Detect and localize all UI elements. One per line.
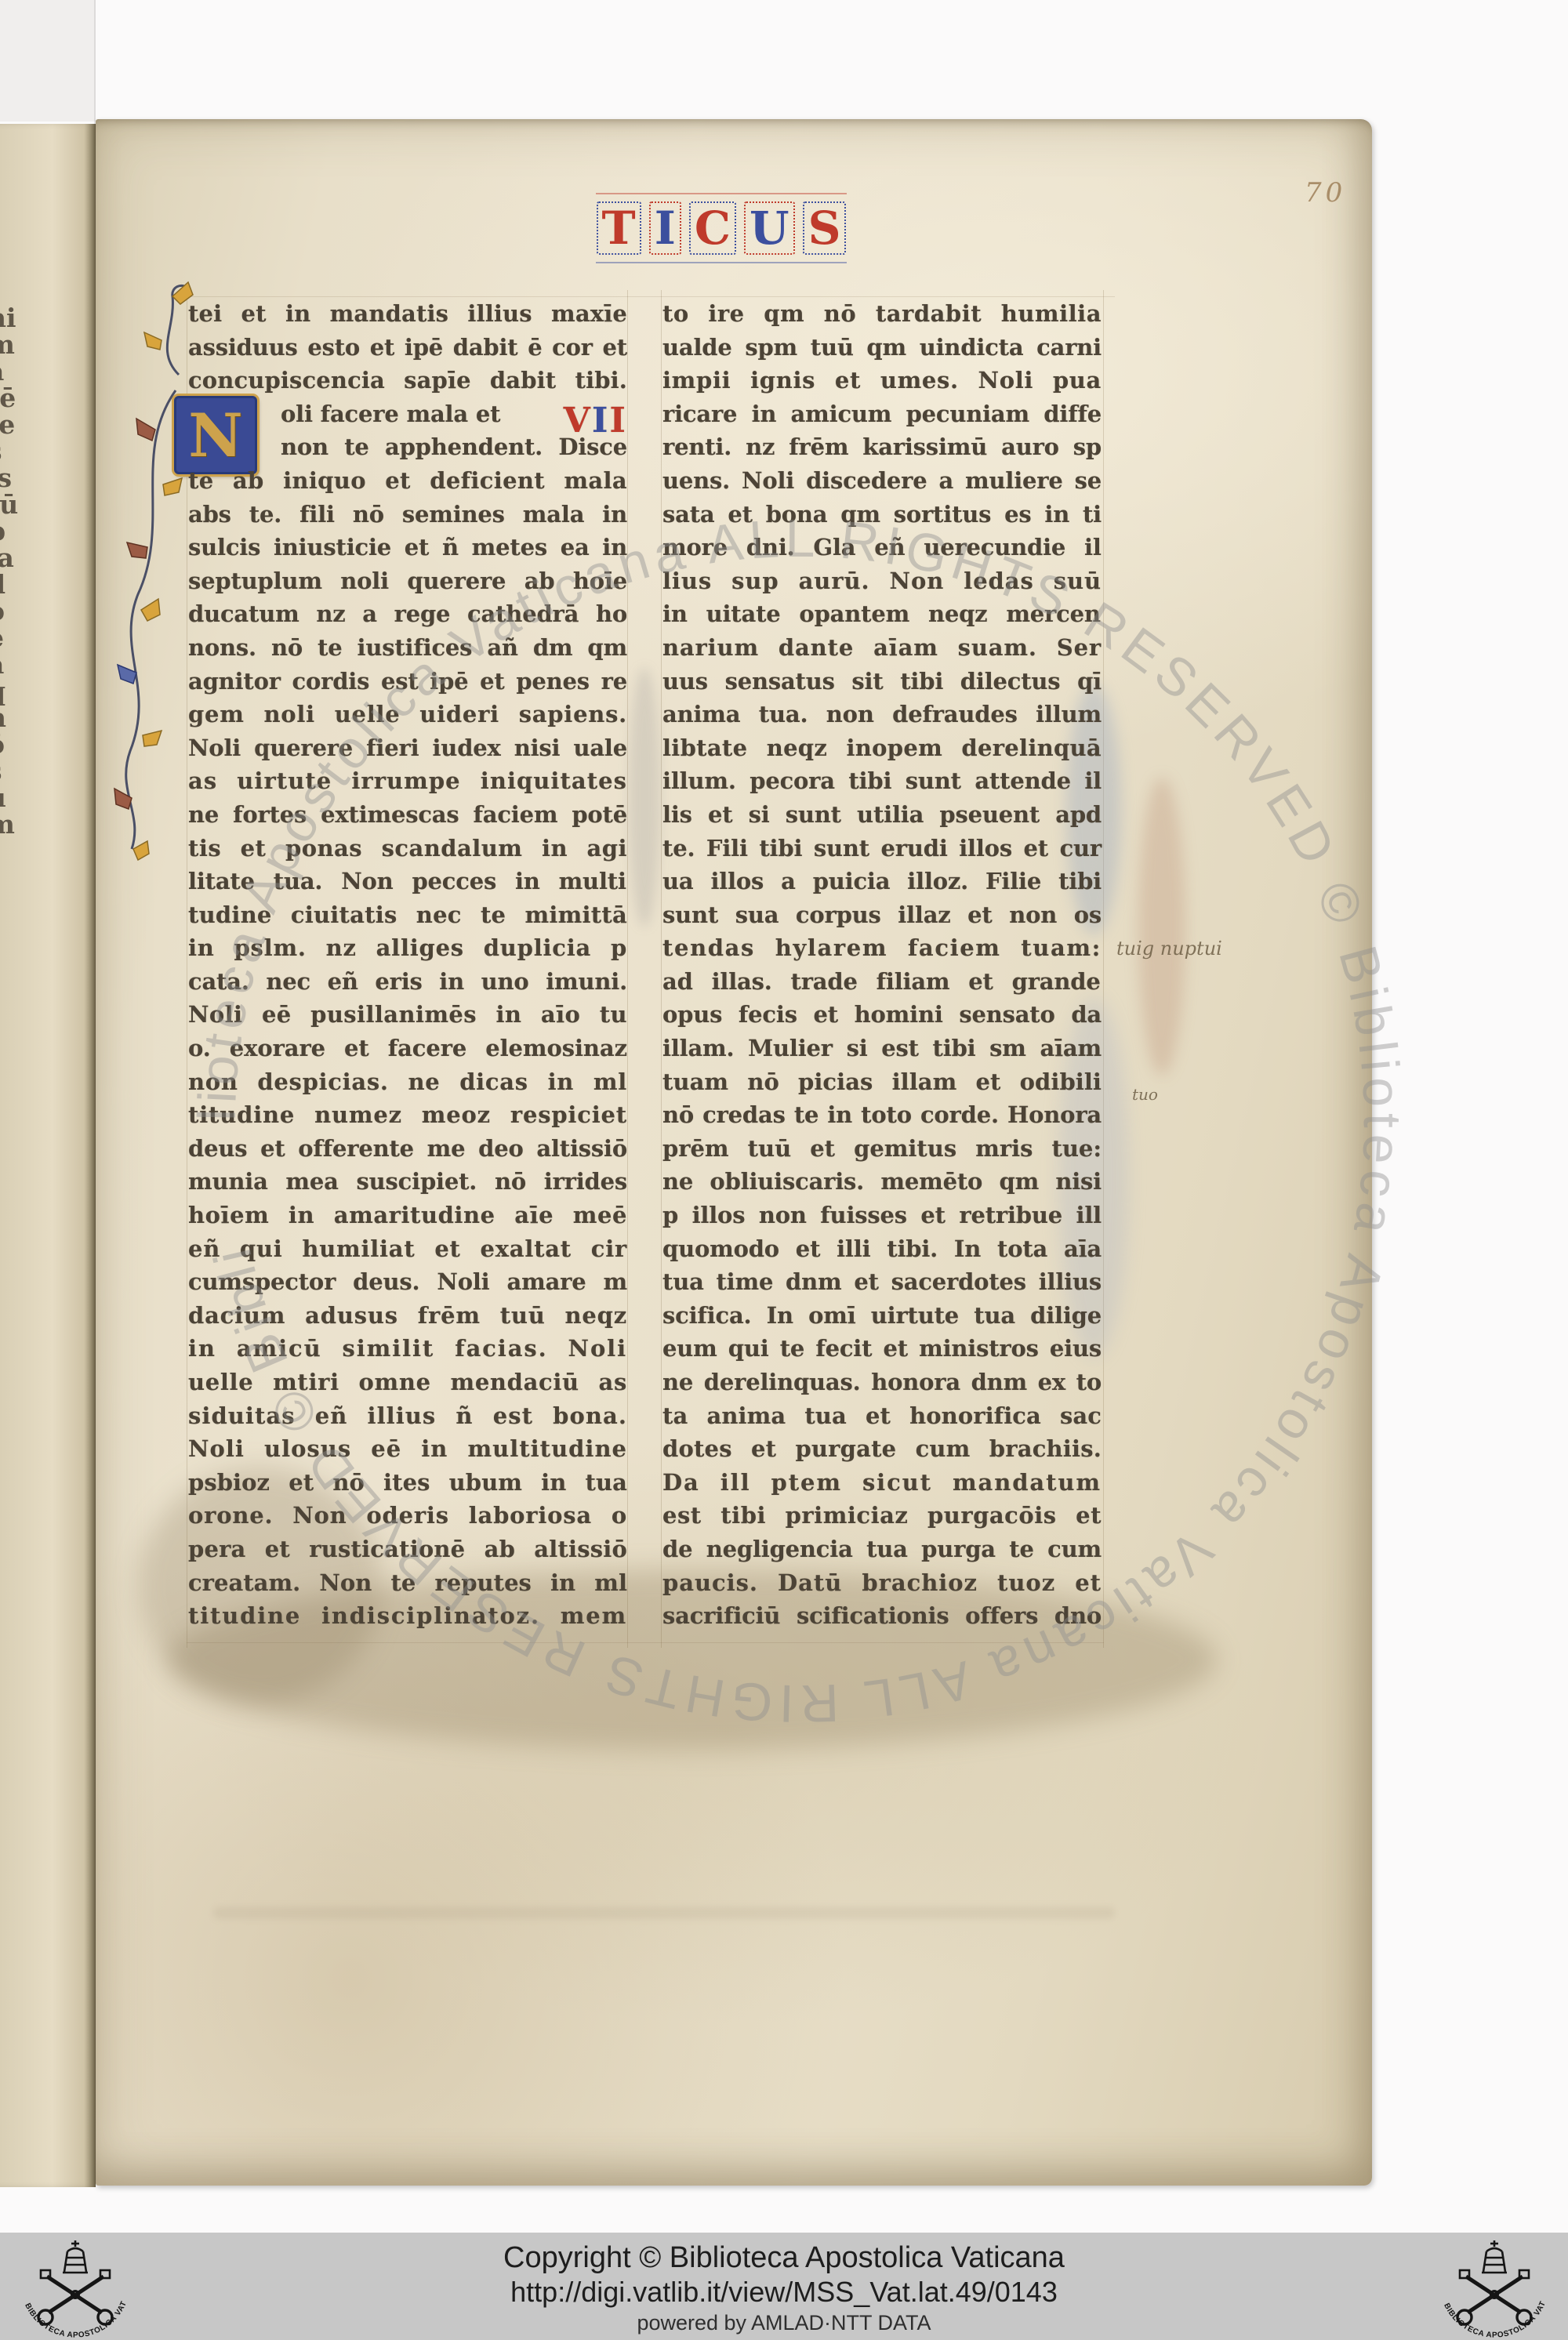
photo-backdrop — [0, 0, 96, 122]
svg-text:BIBLIOTECA APOSTOLICA VATICANA: BIBLIOTECA APOSTOLICA VATICANA — [1433, 2237, 1548, 2339]
footer-copyright: Copyright © Biblioteca Apostolica Vatica… — [503, 2240, 1065, 2275]
manuscript-line: orone. Non oderis laboriosa o — [188, 1502, 627, 1536]
bleed-through-line — [213, 1906, 1115, 1919]
manuscript-line: non despicias. ne dicas in ml — [188, 1068, 627, 1102]
manuscript-line: Noli eē pusillanimēs in aīo tu — [188, 1001, 627, 1035]
manuscript-line: Noli ulosus eē in multitudine — [188, 1435, 627, 1469]
manuscript-line: paucis. Datū brachioz tuoz et — [662, 1569, 1102, 1603]
manuscript-line: sunt sua corpus illaz et non os — [662, 902, 1102, 935]
manuscript-line: te. Fili tibi sunt erudi illos et cur — [662, 835, 1102, 869]
manuscript-line: quomodo et illi tibi. In tota aīa — [662, 1235, 1102, 1269]
manuscript-line: psbioz et nō ites ubum in tua — [188, 1469, 627, 1503]
manuscript-line: te ab iniquo et deficient mala — [188, 467, 627, 501]
manuscript-line: est tibi primiciaz purgacōis et — [662, 1502, 1102, 1536]
manuscript-line: nō credas te in toto corde. Honora — [662, 1101, 1102, 1135]
facing-page-text-fragment: m — [0, 809, 34, 840]
book-gutter-facing-page: nimatēfesistūbiadoeāqnōsum — [0, 124, 96, 2187]
manuscript-line: siduitas eñ illius ñ est bona. — [188, 1402, 627, 1436]
vatican-library-logo: BIBLIOTECA APOSTOLICA VATICANA — [1433, 2237, 1555, 2339]
manuscript-line: deus et offerente me deo altissiō — [188, 1135, 627, 1169]
manuscript-line: in pslm. nz alliges duplicia p — [188, 934, 627, 968]
manuscript-line: as uirtute irrumpe iniquitates — [188, 767, 627, 801]
manuscript-line: sulcis iniusticie et ñ metes ea in — [188, 534, 627, 568]
manuscript-line: illam. Mulier si est tibi sm aīam — [662, 1035, 1102, 1068]
manuscript-line: non te apphendent. Disce — [188, 434, 627, 467]
chapter-numeral: VII — [564, 401, 627, 434]
ruling-line — [174, 296, 1115, 297]
footer-bar: Copyright © Biblioteca Apostolica Vatica… — [0, 2233, 1568, 2340]
running-title-letter: I — [649, 201, 681, 255]
manuscript-line: concupiscencia sapīe dabit tibi. — [188, 367, 627, 401]
manuscript-line: impii ignis et umes. Noli pua — [662, 367, 1102, 401]
manuscript-line: titudine numez meoz respiciet — [188, 1101, 627, 1135]
manuscript-line: munia mea suscipiet. nō irrides — [188, 1168, 627, 1202]
manuscript-line: illum. pecora tibi sunt attende il — [662, 767, 1102, 801]
manuscript-line: hoīem in amaritudine aīe meē — [188, 1202, 627, 1235]
running-title: TICUS — [596, 193, 847, 263]
manuscript-line: ualde spm tuū qm uindicta carni — [662, 334, 1102, 368]
manuscript-line: ua illos a puicia illoz. Filie tibi — [662, 868, 1102, 902]
manuscript-line: prēm tuū et gemitus mris tue: — [662, 1135, 1102, 1169]
manuscript-line: oli facere mala etVII — [188, 401, 627, 434]
manuscript-line: tua time dnm et sacerdotes illius — [662, 1268, 1102, 1302]
running-title-letter: C — [689, 201, 736, 255]
manuscript-line: ad illas. trade filiam et grande — [662, 968, 1102, 1002]
manuscript-line: ne derelinquas. honora dnm ex to — [662, 1369, 1102, 1402]
manuscript-line: Noli querere fieri iudex nisi uale — [188, 735, 627, 768]
manuscript-line: dotes et purgate cum brachiis. — [662, 1435, 1102, 1469]
manuscript-line: cumspector deus. Noli amare m — [188, 1268, 627, 1302]
manuscript-line: dacium adusus frēm tuū neqz — [188, 1302, 627, 1336]
logo-arc-text: BIBLIOTECA APOSTOLICA VATICANA — [14, 2237, 129, 2339]
manuscript-line: libtate neqz inopem derelinquā — [662, 735, 1102, 768]
manuscript-line: anima tua. non defraudes illum — [662, 701, 1102, 735]
footer-url: http://digi.vatlib.it/view/MSS_Vat.lat.4… — [510, 2275, 1058, 2309]
manuscript-line: sacrificiū scificationis offers dno — [662, 1602, 1102, 1636]
manuscript-line: uus sensatus sit tibi dilectus qī — [662, 668, 1102, 702]
manuscript-line: abs te. fili nō semines mala in — [188, 501, 627, 535]
marginal-note: tuig nuptui — [1116, 938, 1222, 960]
manuscript-line: lis et si sunt utilia pseuent apd — [662, 801, 1102, 835]
manuscript-line: gem noli uelle uideri sapiens. — [188, 701, 627, 735]
manuscript-line: to ire qm nō tardabit humilia — [662, 300, 1102, 334]
manuscript-line: in amicū similit facias. Noli — [188, 1335, 627, 1369]
smudge — [629, 668, 660, 927]
vatican-library-logo: BIBLIOTECA APOSTOLICA VATICANA — [14, 2237, 136, 2339]
manuscript-line: tei et in mandatis illius maxīe — [188, 300, 627, 334]
manuscript-line: septuplum noli querere ab hoīe — [188, 568, 627, 601]
manuscript-line: uelle mtiri omne mendaciū as — [188, 1369, 627, 1402]
manuscript-line: eum qui te fecit et ministros eius — [662, 1335, 1102, 1369]
manuscript-line: ne obliuiscaris. memēto qm nisi — [662, 1168, 1102, 1202]
manuscript-line: ducatum nz a rege cathedrā ho — [188, 600, 627, 634]
manuscript-line: eñ qui humiliat et exaltat cir — [188, 1235, 627, 1269]
manuscript-line: agnitor cordis est ipē et penes re — [188, 668, 627, 702]
ruling-line — [661, 290, 662, 1648]
svg-text:BIBLIOTECA APOSTOLICA VATICANA: BIBLIOTECA APOSTOLICA VATICANA — [14, 2237, 129, 2339]
manuscript-line: renti. nz frēm karissimū auro sp — [662, 434, 1102, 467]
manuscript-line: tuam nō picias illam et odibili — [662, 1068, 1102, 1102]
show-through-stain — [1138, 778, 1185, 1076]
manuscript-line: tudine ciuitatis nec te mimittā — [188, 902, 627, 935]
marginal-note: tuo — [1132, 1085, 1158, 1104]
manuscript-line: sata et bona qm sortitus es in ti — [662, 501, 1102, 535]
manuscript-line: p illos non fuisses et retribue ill — [662, 1202, 1102, 1235]
running-title-letter: T — [597, 201, 641, 255]
manuscript-line: scifica. In omī uirtute tua dilige — [662, 1302, 1102, 1336]
manuscript-line: creatam. Non te reputes in ml — [188, 1569, 627, 1603]
manuscript-line: tis et ponas scandalum in agi — [188, 835, 627, 869]
footer-powered-by: powered by AMLAD·NTT DATA — [637, 2309, 931, 2336]
manuscript-line: Da ill ptem sicut mandatum — [662, 1469, 1102, 1503]
running-title-letter: U — [744, 201, 795, 255]
manuscript-line: in uitate opantem neqz mercen — [662, 600, 1102, 634]
text-column-right: to ire qm nō tardabit humiliaualde spm t… — [662, 300, 1102, 1636]
manuscript-line: ta anima tua et honorifica sac — [662, 1402, 1102, 1436]
manuscript-line: ricare in amicum pecuniam diffe — [662, 401, 1102, 434]
manuscript-line: pera et rusticationē ab altissiō — [188, 1536, 627, 1569]
manuscript-line: de negligencia tua purga te cum — [662, 1536, 1102, 1569]
manuscript-line: o. exorare et facere elemosinaz — [188, 1035, 627, 1068]
manuscript-line: assiduus esto et ipē dabit ē cor et — [188, 334, 627, 368]
ruling-line — [187, 1642, 1104, 1643]
ruling-line — [1103, 290, 1104, 1648]
gutter-seam — [94, 0, 96, 124]
logo-arc-text: BIBLIOTECA APOSTOLICA VATICANA — [1433, 2237, 1548, 2339]
manuscript-scan-viewer: nimatēfesistūbiadoeāqnōsum TICUS 70 — [0, 0, 1568, 2340]
running-title-letter: S — [803, 201, 847, 255]
text-column-left: tei et in mandatis illius maxīeassiduus … — [188, 300, 627, 1636]
manuscript-line: uens. Noli discedere a muliere se — [662, 467, 1102, 501]
manuscript-line: ne fortes extimescas faciem potē — [188, 801, 627, 835]
ruling-line — [627, 290, 628, 1648]
manuscript-line: litate tua. Non pecces in multi — [188, 868, 627, 902]
manuscript-line: cata. nec eñ eris in uno imuni. — [188, 968, 627, 1002]
manuscript-line: nons. nō te iustifices añ dm qm — [188, 634, 627, 668]
manuscript-line: titudine indisciplinatoz. mem — [188, 1602, 627, 1636]
manuscript-line: tendas hylarem faciem tuam: — [662, 934, 1102, 968]
folio-number: 70 — [1305, 177, 1346, 209]
manuscript-line: lius sup aurū. Non ledas suū — [662, 568, 1102, 601]
manuscript-line: opus fecis et homini sensato da — [662, 1001, 1102, 1035]
manuscript-line: narium dante aīam suam. Ser — [662, 634, 1102, 668]
manuscript-line: more dni. Gla eñ uerecundie il — [662, 534, 1102, 568]
ruling-line — [187, 290, 187, 1648]
